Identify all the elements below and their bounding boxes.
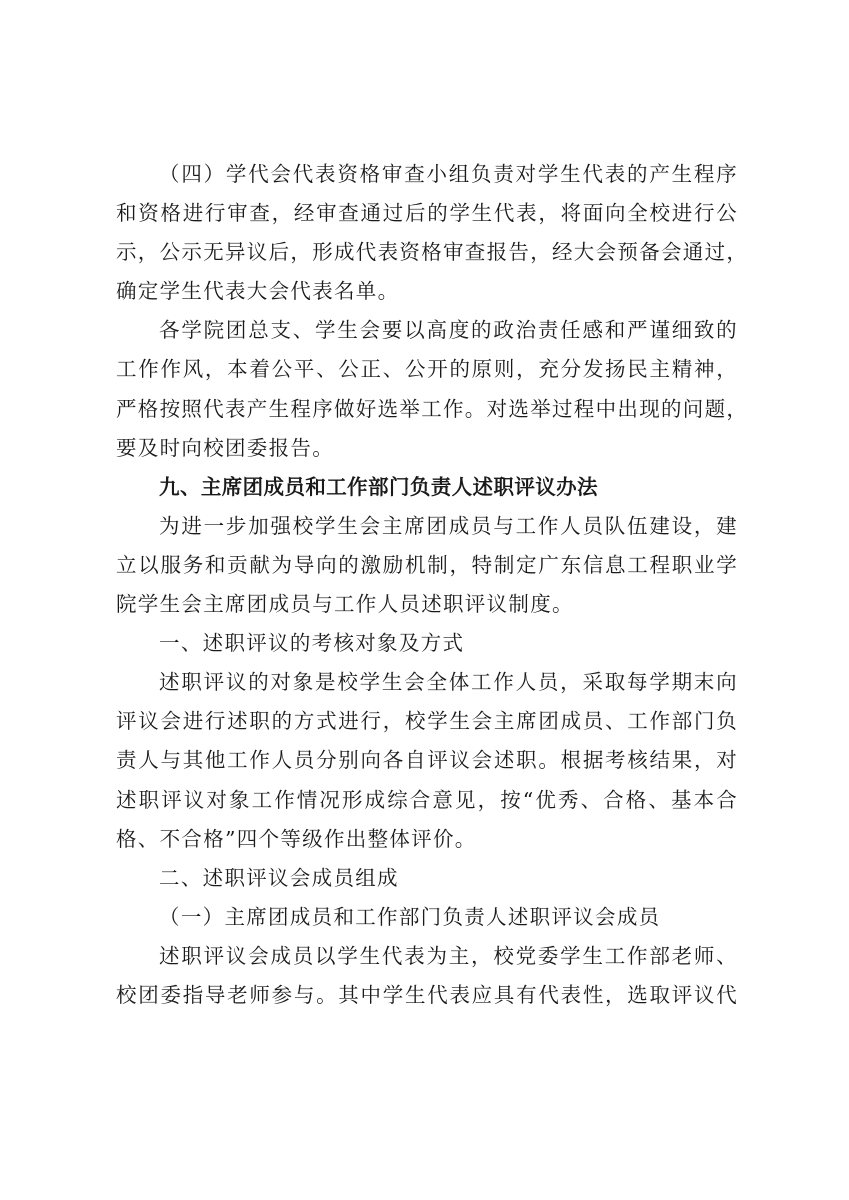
paragraph-assessment-method: 述职评议的对象是校学生会全体工作人员，采取每学期末向 评议会进行述职的方式进行，… [116, 663, 738, 858]
text-line: 述职评议会成员以学生代表为主，校党委学生工作部老师、 [116, 937, 738, 976]
text-line: 校团委指导老师参与。其中学生代表应具有代表性，选取评议代 [116, 976, 738, 1015]
text-line: 和资格进行审查，经审查通过后的学生代表，将面向全校进行公 [116, 194, 738, 233]
text-line: 评议会进行述职的方式进行，校学生会主席团成员、工作部门负 [116, 702, 738, 741]
text-line: 责人与其他工作人员分别向各自评议会述职。根据考核结果，对 [116, 741, 738, 780]
text-line: 确定学生代表大会代表名单。 [116, 272, 738, 311]
paragraph-committee-members: 述职评议会成员以学生代表为主，校党委学生工作部老师、 校团委指导老师参与。其中学… [116, 937, 738, 1015]
subheading-committee-composition: 二、述职评议会成员组成 [116, 859, 738, 898]
text-line: 院学生会主席团成员与工作人员述职评议制度。 [116, 585, 738, 624]
text-line: 述职评议的对象是校学生会全体工作人员，采取每学期末向 [116, 663, 738, 702]
subheading-presidium-committee: （一）主席团成员和工作部门负责人述职评议会成员 [116, 898, 738, 937]
text-line: 格、不合格”四个等级作出整体评价。 [116, 820, 738, 859]
section-heading-nine: 九、主席团成员和工作部门负责人述职评议办法 [116, 468, 738, 507]
text-line: 立以服务和贡献为导向的激励机制，特制定广东信息工程职业学 [116, 546, 738, 585]
text-line: 为进一步加强校学生会主席团成员与工作人员队伍建设，建 [116, 507, 738, 546]
paragraph-qualification-review: （四）学代会代表资格审查小组负责对学生代表的产生程序 和资格进行审查，经审查通过… [116, 155, 738, 311]
text-line: （四）学代会代表资格审查小组负责对学生代表的产生程序 [116, 155, 738, 194]
text-line: 述职评议对象工作情况形成综合意见，按“优秀、合格、基本合 [116, 781, 738, 820]
text-line: 严格按照代表产生程序做好选举工作。对选举过程中出现的问题， [116, 390, 738, 429]
text-line: 要及时向校团委报告。 [116, 429, 738, 468]
text-line: 工作作风，本着公平、公正、公开的原则，充分发扬民主精神， [116, 350, 738, 389]
text-line: 各学院团总支、学生会要以高度的政治责任感和严谨细致的 [116, 311, 738, 350]
subheading-assessment-targets: 一、述职评议的考核对象及方式 [116, 624, 738, 663]
section-heading-text: 九、主席团成员和工作部门负责人述职评议办法 [116, 468, 738, 507]
subheading-text: 一、述职评议的考核对象及方式 [116, 624, 738, 663]
subheading-text: （一）主席团成员和工作部门负责人述职评议会成员 [116, 898, 738, 937]
document-page: （四）学代会代表资格审查小组负责对学生代表的产生程序 和资格进行审查，经审查通过… [116, 155, 738, 1015]
paragraph-purpose: 为进一步加强校学生会主席团成员与工作人员队伍建设，建 立以服务和贡献为导向的激励… [116, 507, 738, 624]
paragraph-election-work: 各学院团总支、学生会要以高度的政治责任感和严谨细致的 工作作风，本着公平、公正、… [116, 311, 738, 467]
text-line: 示，公示无异议后，形成代表资格审查报告，经大会预备会通过， [116, 233, 738, 272]
subheading-text: 二、述职评议会成员组成 [116, 859, 738, 898]
